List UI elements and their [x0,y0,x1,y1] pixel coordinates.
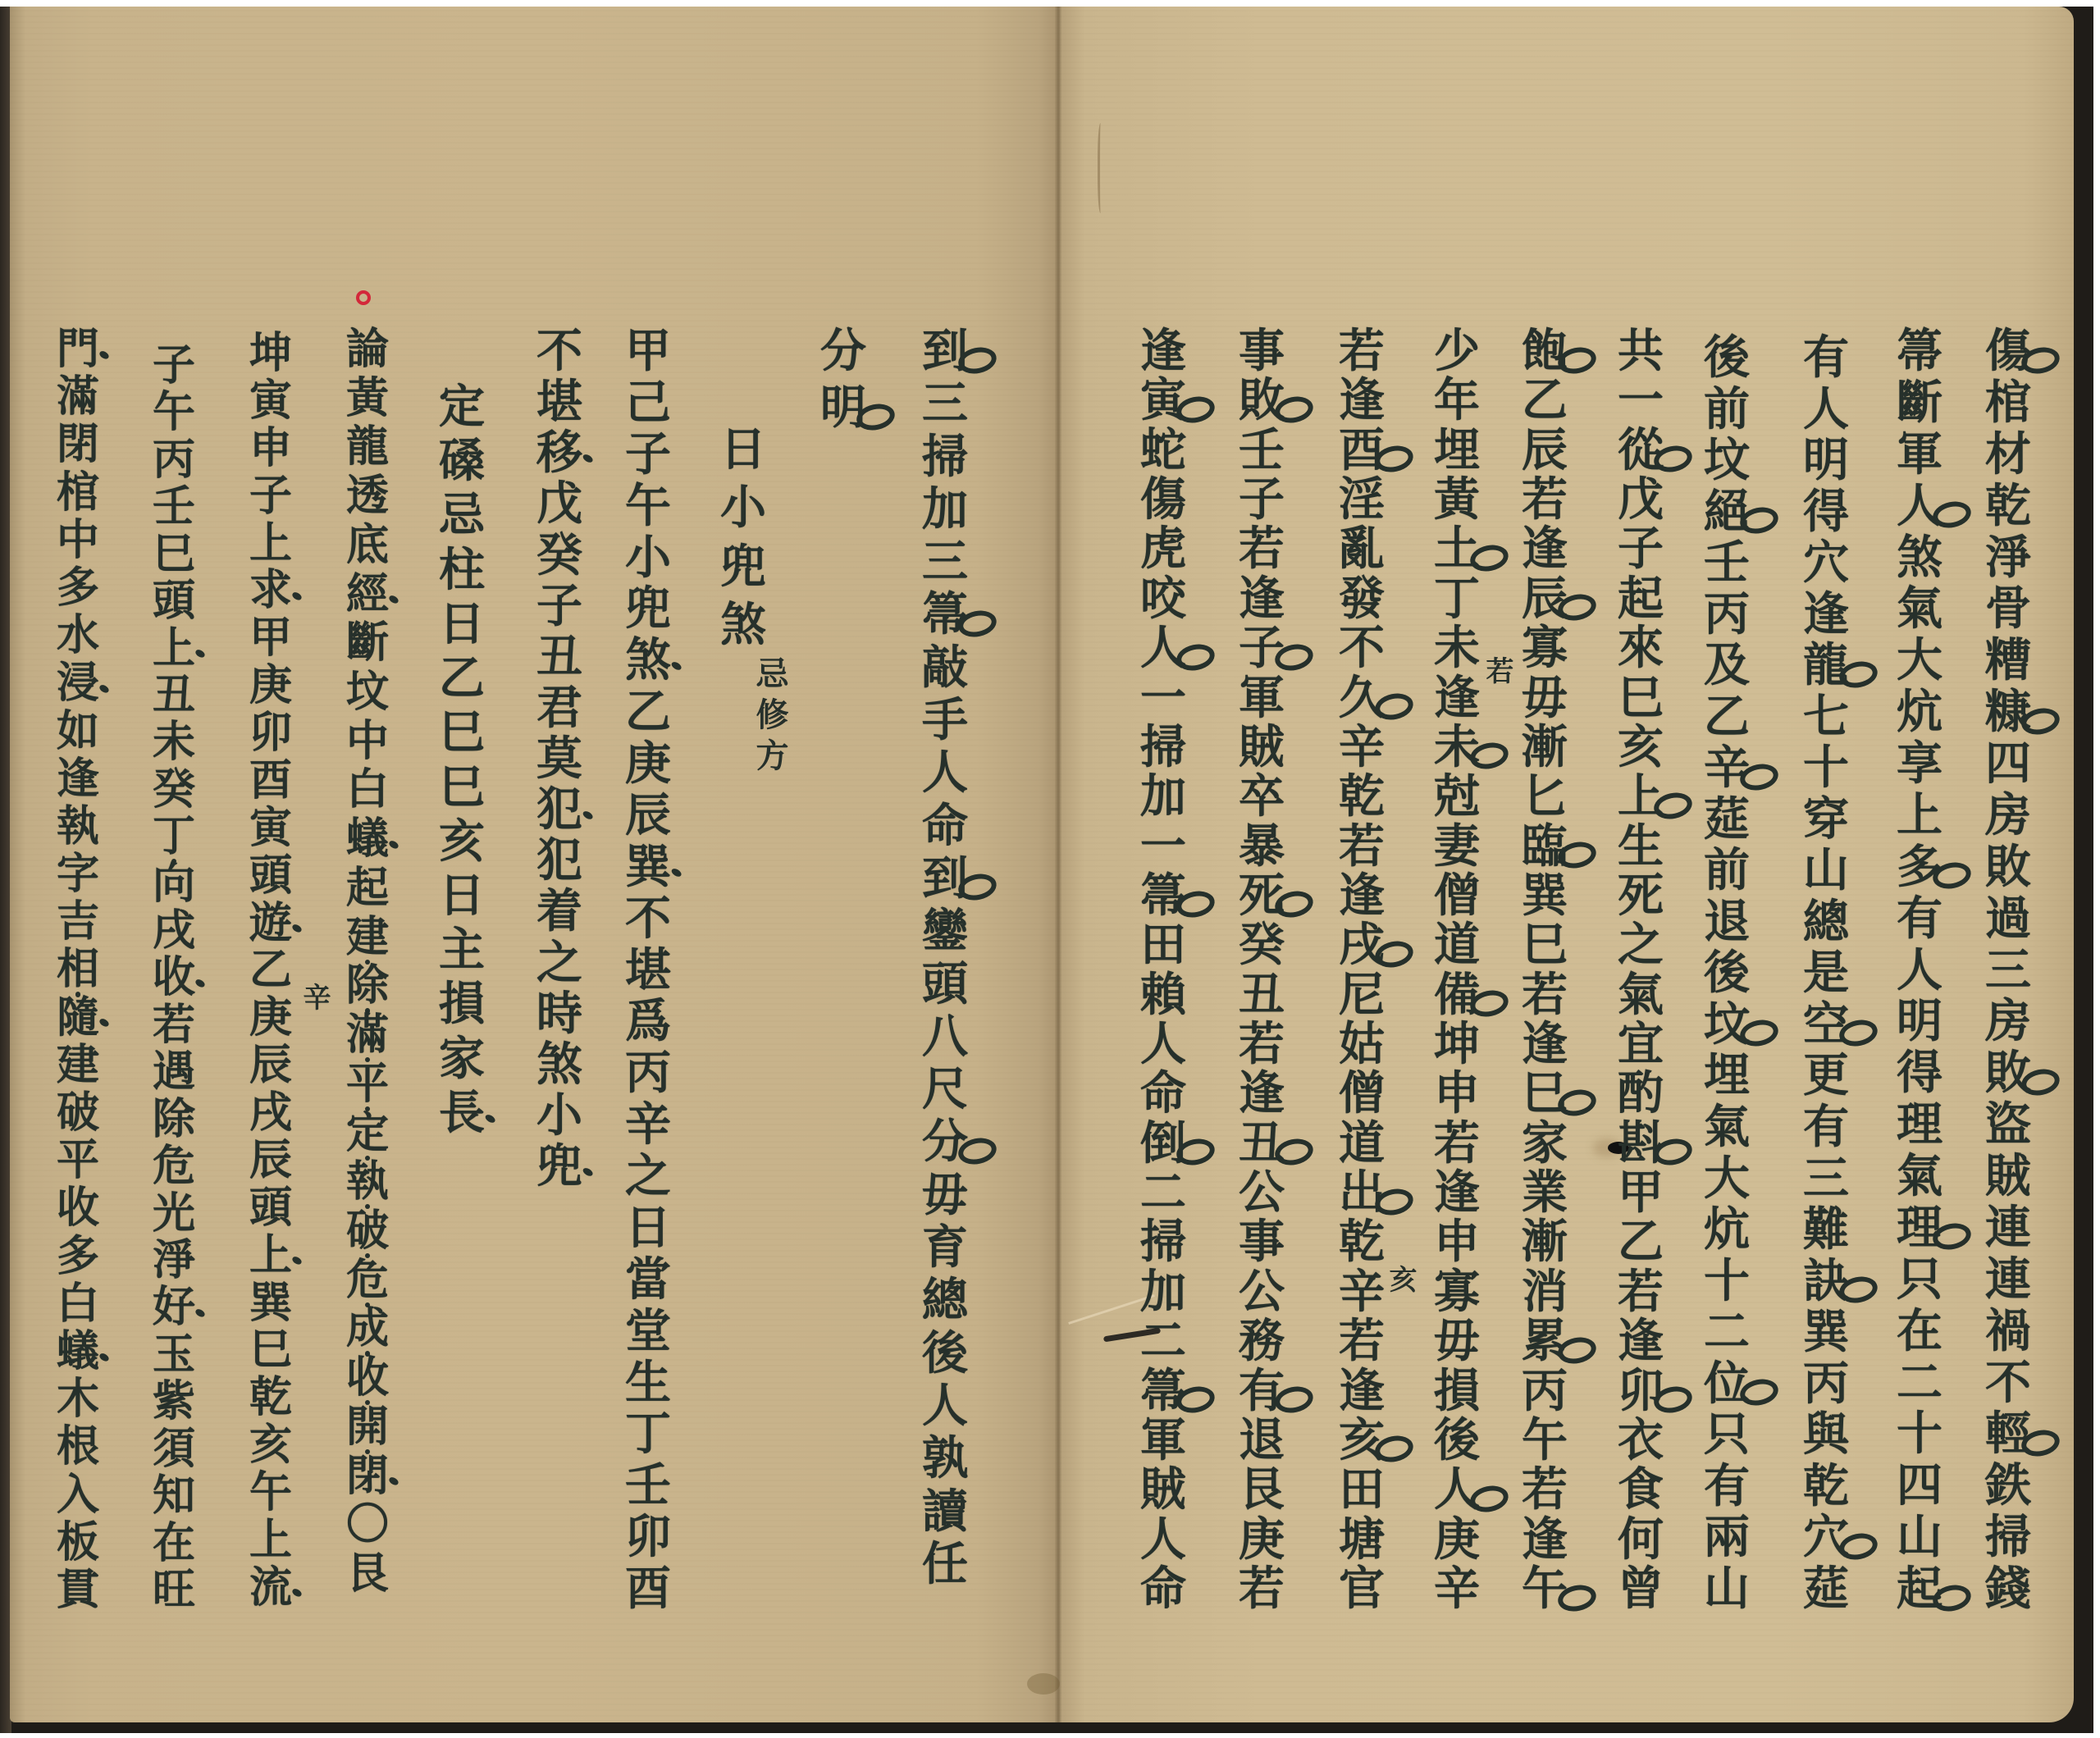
right-page-column-7: 少年埋黃土丁未逢未尅妻僧道備坤申若逢申寡毋損後人庚辛 [1428,328,1486,1612]
character: 巽 [625,844,671,890]
character: 後 [1704,950,1750,996]
character: 中 [346,720,389,763]
character: 若 [1522,477,1568,522]
character: 庚 [249,664,292,707]
character: 明 [1803,437,1849,483]
character: 定 [439,384,485,430]
character: 不 [1985,1360,2031,1406]
character: 上 [249,1234,292,1277]
character: 平 [346,1063,389,1106]
character: 乾 [1339,773,1385,819]
character: 淨 [1985,535,2031,581]
character: 癸 [153,769,195,811]
character: 毋 [1522,675,1568,721]
character: 甲 [1618,1170,1664,1216]
character: 若 [1618,1269,1664,1315]
character: 軍 [1897,431,1942,477]
character: 上 [249,522,292,565]
character: 頭 [153,580,195,623]
character: 堪 [625,947,671,993]
character: 蟻 [346,818,389,860]
character: 盜 [1985,1102,2031,1147]
character: 斟 [1618,1120,1664,1166]
red-circle-mark-icon [356,290,371,305]
character: 丁 [153,815,195,858]
character: 酉 [625,1566,671,1612]
character: 大 [1897,637,1942,683]
character: 明 [820,385,866,431]
character: 匕 [1522,773,1568,819]
character: 乙 [249,949,292,992]
character: 僧 [1339,1070,1385,1116]
character: 傷 [1985,328,2031,374]
character: 亂 [1339,526,1385,572]
character: 艮 [1239,1467,1285,1512]
character: 起 [1618,576,1664,622]
character: 傷 [1140,477,1186,522]
character: 執 [346,1161,389,1203]
character: 午 [625,483,671,529]
character: 逢 [1522,1517,1568,1562]
character: 損 [1434,1368,1480,1414]
character: 遊 [249,902,292,945]
character: 論 [346,328,389,371]
character: 破 [346,1210,389,1252]
character: 敗 [1985,1050,2031,1096]
character: 煞 [720,602,766,648]
character: 逢 [1522,1021,1568,1067]
character: 移 [536,430,582,476]
character: 道 [1339,1120,1385,1166]
character: 七 [1803,694,1849,740]
character: 收 [153,956,195,999]
character: 破 [57,1092,99,1134]
character: 中 [57,519,99,562]
character: 育 [922,1225,968,1270]
character: 若 [1239,1021,1285,1067]
character: 爲 [625,998,671,1044]
page-gutter [1055,7,1061,1722]
character: 兜 [625,586,671,632]
character: 在 [153,1522,195,1565]
character: 掃 [922,434,968,480]
character: 敲 [922,645,968,691]
character: 危 [153,1145,195,1188]
character: 玉 [153,1334,195,1376]
character: 丙 [625,1050,671,1096]
character: 未 [153,721,195,764]
character: 頭 [249,1187,292,1229]
character: 起 [346,867,389,910]
interlinear-insert-hai: 亥 [1386,1265,1414,1293]
left-page-column-5: 不堪移戊癸子丑君莫犯犯着之時煞小兜 [531,328,588,1189]
character: 十 [1897,1411,1942,1457]
character: 戌 [153,910,195,952]
character: 黃 [1434,477,1480,522]
character: 若 [1339,1318,1385,1364]
character: 磉 [439,438,485,484]
character: 上 [153,627,195,670]
character: 生 [625,1360,671,1406]
right-page-column-5: 共一從戊子起來巳亥上生死之氣宜酌斟甲乙若逢卯衣食何曾 [1612,328,1669,1612]
character: 塘 [1339,1517,1385,1562]
character: 有 [1704,1463,1750,1509]
character: 命 [1140,1566,1186,1612]
character: 犯 [536,787,582,833]
character: 三 [1803,1156,1849,1202]
character: 四 [1985,741,2031,787]
character: 旺 [153,1569,195,1612]
character: 辰 [249,1139,292,1182]
character: 賊 [1985,1153,2031,1199]
character: 一 [1140,675,1186,721]
character: 乙 [1618,1219,1664,1265]
character: 二 [1140,1170,1186,1216]
interlinear-insert-ruo: 若 [1483,656,1511,684]
character: 斷 [346,622,389,664]
character: 莫 [536,736,582,782]
character: 及 [1704,642,1750,688]
character: 相 [57,948,99,991]
character: 多 [57,1235,99,1278]
character: 丑 [1239,1120,1285,1166]
character: 讀 [922,1489,968,1535]
character: 到 [922,855,968,901]
character: 有 [1803,1104,1849,1150]
character: 紫 [153,1380,195,1423]
inline-circle-glyph: 〇 [346,1503,389,1546]
character: 閉 [57,423,99,466]
character: 炕 [1704,1207,1750,1252]
character: 骨 [1985,586,2031,632]
character: 若 [1522,1467,1568,1512]
character: 後 [1434,1417,1480,1463]
character: 僧 [1434,873,1480,919]
character: 午 [153,391,195,434]
character: 辰 [249,1044,292,1087]
paper-stain [1027,1673,1060,1695]
character: 糟 [1985,637,2031,683]
character: 煞 [625,637,671,683]
character: 漸 [1522,1219,1568,1265]
character: 材 [1985,431,2031,477]
character: 過 [1985,896,2031,942]
character: 巳 [1522,1070,1568,1116]
character: 氣 [1897,586,1942,632]
character: 食 [1618,1467,1664,1512]
left-page-column-1: 到三掃加三箒敲手人命到鑾頭八尺分毋育總後人孰讀任 [916,328,974,1587]
character: 人 [1140,1517,1186,1562]
character: 卯 [625,1514,671,1560]
character: 臨 [1522,823,1568,869]
character: 戌 [1339,922,1385,968]
character: 巽 [1803,1309,1849,1355]
character: 三 [922,539,968,585]
character: 巳 [439,709,485,755]
character: 癸 [1239,922,1285,968]
character: 申 [1434,1070,1480,1116]
character: 己 [625,380,671,426]
character: 掃 [1140,1219,1186,1265]
character: 申 [249,427,292,470]
left-page-column-3-heading: 日小兜煞 [714,427,772,648]
character: 二 [1897,1360,1942,1406]
character: 虎 [1140,526,1186,572]
character: 當 [625,1257,671,1302]
character: 妻 [1434,823,1480,869]
character: 明 [1897,998,1942,1044]
character: 三 [1985,947,2031,993]
character: 煞 [1897,535,1942,581]
character: 建 [57,1044,99,1087]
character: 手 [922,697,968,743]
character: 平 [57,1139,99,1182]
character: 田 [1339,1467,1385,1512]
character: 退 [1239,1417,1285,1463]
character: 逢 [1522,526,1568,572]
character: 兜 [720,544,766,590]
character: 子 [625,431,671,477]
character: 加 [922,486,968,532]
character: 庚 [1434,1517,1480,1562]
character: 日 [439,873,485,919]
character: 板 [57,1521,99,1564]
character: 人 [1803,386,1849,432]
character: 若 [1239,526,1285,572]
character: 丙 [1803,1361,1849,1407]
character: 長 [439,1090,485,1136]
character: 逢 [1339,1368,1385,1414]
character: 根 [57,1426,99,1468]
character: 午 [1522,1417,1568,1463]
character: 穴 [1803,540,1849,586]
character: 人 [1897,947,1942,993]
right-page-column-1: 傷棺材乾淨骨糟糠四房敗過三房敗盜賊連連禍不輕鉄掃錢 [1979,328,2037,1612]
interlinear-insert-xin: 辛 [300,983,328,1010]
character: 享 [1897,741,1942,787]
character: 棺 [1985,380,2031,426]
left-page-column-8: 坤寅申子上求甲庚卯酉寅頭遊乙庚辰戌辰頭上巽巳乾亥午上流 [242,332,299,1609]
character: 壬 [1239,427,1285,473]
character: 坤 [249,332,292,375]
character: 小 [625,535,671,581]
character: 柱 [439,547,485,593]
character: 閉 [346,1455,389,1498]
character: 後 [922,1330,968,1376]
character: 卯 [1618,1368,1664,1414]
character: 巳 [153,533,195,576]
character: 若 [1339,328,1385,374]
character: 連 [1985,1257,2031,1302]
character: 酉 [1339,427,1385,473]
character: 乾 [1985,483,2031,529]
character: 分 [922,1119,968,1165]
character: 主 [439,927,485,973]
character: 暴 [1239,823,1285,869]
character: 逢 [1618,1318,1664,1364]
character: 子 [249,475,292,518]
character: 巽 [249,1282,292,1325]
character: 加 [1140,773,1186,819]
paper-tear [1098,123,1105,213]
character: 門 [57,328,99,371]
character: 加 [1140,1269,1186,1315]
character: 忌 [439,492,485,538]
character: 乾 [1339,1219,1385,1265]
character: 公 [1239,1269,1285,1315]
character: 生 [1618,823,1664,869]
character: 家 [1522,1120,1568,1166]
character: 多 [57,567,99,609]
character: 前 [1704,847,1750,893]
character: 與 [1803,1412,1849,1457]
character: 乙 [1522,377,1568,423]
character: 申 [1434,1219,1480,1265]
character: 軍 [1140,1417,1186,1463]
character: 房 [1985,998,2031,1044]
character: 二 [1704,1309,1750,1355]
character: 何 [1618,1517,1664,1562]
character: 丙 [153,439,195,481]
character: 開 [346,1406,389,1448]
character: 之 [536,940,582,986]
character: 理 [1897,1205,1942,1251]
character: 若 [153,1004,195,1047]
character: 堂 [625,1308,671,1354]
character: 癸 [536,532,582,578]
left-page-column-7: 論黃龍透底經斷坟中白蟻起建除滿平定執破危成收開閉〇艮 [339,328,396,1595]
character: 丁 [625,1411,671,1457]
character: 辛 [1339,724,1385,770]
character: 逢 [1239,1070,1285,1116]
character: 透 [346,475,389,518]
character: 時 [536,991,582,1037]
character: 逢 [1339,873,1385,919]
character: 道 [1434,922,1480,968]
right-page-column-6: 飽乙辰若逢辰寡毋漸匕臨巽巳若逢巳家業漸消累丙午若逢午 [1516,328,1573,1612]
character: 丑 [153,674,195,717]
character: 向 [153,863,195,905]
character: 人 [1434,1467,1480,1512]
character: 業 [1522,1170,1568,1216]
character: 後 [1704,335,1750,381]
character: 有 [1897,896,1942,942]
character: 共 [1618,328,1664,374]
character: 日 [625,1205,671,1251]
character: 人 [1140,625,1186,671]
character: 更 [1803,1052,1849,1098]
character: 酌 [1618,1070,1664,1116]
character: 公 [1239,1170,1285,1216]
character: 巳 [1618,675,1664,721]
character: 掃 [1140,724,1186,770]
character: 事 [1239,1219,1285,1265]
character: 執 [57,805,99,848]
character: 子 [536,583,582,629]
character: 若 [1434,1120,1480,1166]
character: 巳 [1522,922,1568,968]
character: 知 [153,1475,195,1517]
character: 壬 [1704,540,1750,586]
character: 貫 [57,1569,99,1612]
character: 堪 [536,379,582,425]
character: 白 [346,769,389,811]
character: 三 [922,381,968,427]
character: 上 [1618,773,1664,819]
character: 吉 [57,901,99,943]
character: 字 [57,853,99,896]
character: 隨 [57,997,99,1039]
character: 着 [536,888,582,934]
character: 敗 [1239,377,1285,423]
character: 十 [1803,745,1849,791]
character: 辰 [1522,427,1568,473]
character: 壬 [153,486,195,528]
right-page-column-10: 逢寅蛇傷虎咬人一掃加一箒田賴人命倒二掃加二箒軍賊人命 [1134,328,1192,1612]
character: 事 [1239,328,1285,374]
character: 損 [439,981,485,1027]
character: 箒 [1140,873,1186,919]
character: 底 [346,524,389,567]
character: 壬 [625,1462,671,1508]
character: 房 [1985,792,2031,838]
character: 逢 [57,758,99,801]
character: 掃 [1985,1514,2031,1560]
character: 戊 [1618,477,1664,522]
character: 蟻 [57,1330,99,1373]
character: 孰 [922,1435,968,1481]
character: 氣 [1897,1153,1942,1199]
character: 若 [1339,823,1385,869]
character: 丙 [1522,1368,1568,1414]
character: 戊 [536,481,582,527]
character: 空 [1803,1001,1849,1047]
right-page-column-4: 後前坟絕壬丙及乙辛莚前退後坟埋氣大炕十二位只有兩山 [1698,335,1755,1612]
character: 官 [1339,1566,1385,1612]
character: 黃 [346,377,389,420]
character: 戌 [249,1092,292,1134]
character: 箒 [1897,328,1942,374]
character: 若 [1239,1566,1285,1612]
character: 寅 [249,380,292,422]
character: 不 [1339,625,1385,671]
character: 鑾 [922,908,968,954]
character: 未 [1434,625,1480,671]
character: 經 [346,573,389,616]
character: 淫 [1339,477,1385,522]
character: 寡 [1522,625,1568,671]
left-page-column-10: 門滿閉棺中多水浸如逢執字吉相隨建破平收多白蟻木根入板貫 [49,328,107,1612]
character: 位 [1704,1361,1750,1407]
character: 白 [57,1283,99,1325]
character: 亥 [439,819,485,864]
character: 除 [346,965,389,1007]
character: 頭 [922,961,968,1007]
character: 坤 [1434,1021,1480,1067]
character: 敗 [1985,844,2031,890]
character: 死 [1618,873,1664,919]
character: 久 [1339,675,1385,721]
character: 命 [922,803,968,849]
character: 斷 [1897,380,1942,426]
subheading-note: 忌修方 [753,656,786,779]
character: 龍 [1803,642,1849,688]
character: 入 [57,1474,99,1517]
character: 小 [720,485,766,531]
character: 巳 [249,1329,292,1371]
character: 穴 [1803,1514,1849,1560]
character: 乙 [625,689,671,735]
